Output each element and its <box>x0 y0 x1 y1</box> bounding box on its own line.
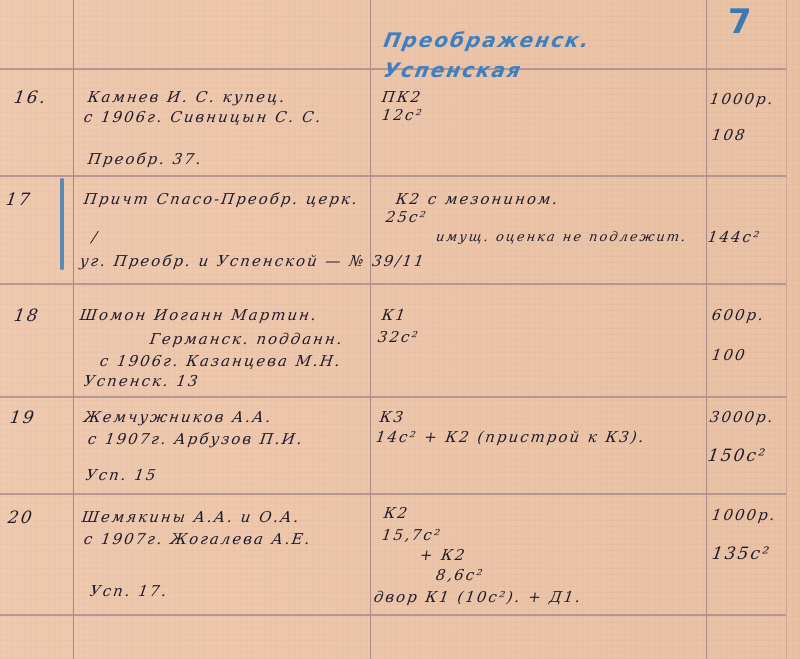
value-line: 1000р. <box>709 90 776 108</box>
page-number: 7 <box>728 2 752 42</box>
building-note: имущ. оценка не подлежит. <box>435 230 688 245</box>
building-line: К2 <box>383 504 411 522</box>
building-line: К1 <box>381 306 409 324</box>
value-line: 108 <box>711 126 748 144</box>
blue-margin-mark <box>60 178 64 270</box>
value-line: 3000р. <box>709 408 776 426</box>
building-line: ПК2 <box>381 88 424 106</box>
value-line: 100 <box>711 346 748 364</box>
owner-line: с 1907г. Жогалева А.Е. <box>83 530 313 548</box>
building-line: 8,6с² <box>435 566 486 584</box>
address: Преобр. 37. <box>87 150 204 168</box>
owner-line: / <box>91 228 101 246</box>
owner-line: с 1907г. Арбузов П.И. <box>87 430 305 448</box>
address: Успенск. 13 <box>83 372 201 390</box>
row-number: 20 <box>7 508 35 528</box>
value-line: 600р. <box>711 306 767 324</box>
owner-line: Германск. подданн. <box>149 330 345 348</box>
building-line: 14с² + К2 (пристрой к К3). <box>375 428 647 446</box>
owner-line: Шемякины А.А. и О.А. <box>81 508 302 526</box>
building-line: К2 с мезонином. <box>395 190 561 208</box>
row-divider <box>0 493 786 495</box>
address: уг. Преобр. и Успенской — № 39/11 <box>79 252 427 270</box>
owner-line: Причт Спасо-Преобр. церк. <box>83 190 360 208</box>
row-number: 19 <box>9 408 37 428</box>
owner-line: с 1906г. Сивницын С. С. <box>83 108 324 126</box>
building-line: 25с² <box>385 208 429 226</box>
street-heading-1: Преображенск. <box>382 28 593 52</box>
building-line: двор К1 (10с²). + Д1. <box>373 588 584 606</box>
building-line: 15,7с² <box>381 526 443 544</box>
value-line: 1000р. <box>711 506 778 524</box>
building-line: К3 <box>379 408 407 426</box>
row-divider <box>0 614 786 616</box>
street-heading-2: Успенская <box>382 58 524 82</box>
value-line: 135с² <box>711 544 773 564</box>
owner-line: Камнев И. С. купец. <box>87 88 288 106</box>
ledger-page: 7 Преображенск. Успенская 16. Камнев И. … <box>0 0 800 659</box>
row-number: 16. <box>13 88 49 108</box>
owner-line: Шомон Иоганн Мартин. <box>79 306 319 324</box>
owner-line: с 1906г. Казанцева М.Н. <box>99 352 343 370</box>
column-divider-owner <box>370 0 371 659</box>
address: Усп. 15 <box>85 466 159 484</box>
building-line: 12с² <box>381 106 425 124</box>
value-line: 144с² <box>707 228 763 246</box>
owner-line: Жемчужников А.А. <box>83 408 274 426</box>
row-divider <box>0 175 786 177</box>
row-divider <box>0 396 786 398</box>
address: Усп. 17. <box>89 582 170 600</box>
page-edge <box>786 0 787 659</box>
row-divider <box>0 283 786 285</box>
row-number: 18 <box>13 306 41 326</box>
value-line: 150с² <box>707 446 769 466</box>
column-divider-building <box>706 0 707 659</box>
row-number: 17 <box>5 190 33 210</box>
building-line: + К2 <box>419 546 468 564</box>
building-line: 32с² <box>377 328 421 346</box>
column-divider-number <box>73 0 74 659</box>
